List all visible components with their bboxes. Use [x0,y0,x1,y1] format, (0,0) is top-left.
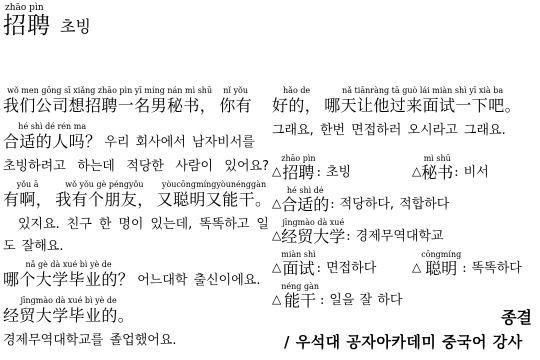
hanzi-text: 又聪明又能干。 [157,189,272,210]
pinyin-annotation: wǒ yǒu gè péngyǒu [65,180,143,189]
vocab-meaning: 면접하다 [326,260,376,279]
hanzi-segment: nǎ tiānràng tā guò lái miàn shì yī xià b… [324,86,521,116]
hanzi-text: 哪天让他过来面试一下吧。 [324,95,521,116]
triangle-marker-icon: △ [412,162,421,183]
vocab-term-pinyin: mì shū [424,154,451,163]
hanzi-text: 经贸大学毕业的。 [3,305,134,326]
vocabulary-list: △zhāo pìn招聘:초빙△mì shū秘书:비서△hé shì dé合适的:… [272,154,538,311]
vocab-term-hanzi: 合适的 [281,195,329,215]
vocab-term-pinyin: hé shì dé [287,186,324,195]
pinyin-annotation: nǎ gè dà xué bì yè de [26,260,112,269]
vocab-term-block: hé shì dé合适的 [281,186,329,215]
hanzi-text: 哪个大学毕业的？ [3,269,134,290]
dialogue-line: hé shì dé rén ma合适的人吗？우리 회사에서 남자비서를 [3,122,269,152]
hanzi-text: 我们公司想招聘一名男秘书， [3,95,216,116]
korean-segment: 어느대학 출신이에요. [137,272,260,290]
hanzi-segment: wǒ men gōng sī xiǎng zhāo pìn yī míng ná… [3,86,216,116]
vocab-term-hanzi: 聪明 [425,259,457,279]
hanzi-segment: hǎo de好的， [272,86,321,116]
dialogue-line: 있지요. 친구 한 명이 있는데, 똑똑하고 일 [3,216,269,234]
vocab-entry: △cōngmíng聪明:똑똑하다 [412,250,522,279]
vocab-entry: △zhāo pìn招聘:초빙 [272,154,412,183]
korean-segment: 있지요. 친구 한 명이 있는데, 똑똑하고 일 [18,216,269,234]
pinyin-annotation: hǎo de [283,86,310,95]
korean-text: 그래요, 한번 면접하러 오시라고 그래요. [272,122,506,140]
end-label: 종결 [501,305,532,328]
vocab-row: △miàn shì面试:면접하다△cōngmíng聪明:똑똑하다 [272,250,538,279]
vocab-meaning: 비서 [464,164,489,183]
dialogue-line: 초빙하려고 하는데 적당한 사람이 있어요? [3,158,269,176]
dialogue-line: 그래요, 한번 면접하러 오시라고 그래요. [272,122,538,140]
vocab-entry: △néng gàn能干:일을 잘 하다 [272,282,402,311]
korean-segment: 초빙하려고 하는데 적당한 사람이 있어요? [3,158,269,176]
vocab-term-block: jīngmào dà xué经贸大学 [281,218,345,247]
vocab-entry: △hé shì dé合适的:적당하다, 적합하다 [272,186,449,215]
vocab-term-pinyin: miàn shì [281,250,315,259]
dialogue-line: yǒu ā有啊，wǒ yǒu gè péngyǒu我有个朋友，yòucōngmí… [3,180,269,210]
pinyin-annotation: nǐ yǒu [223,86,248,95]
dialogue-line: wǒ men gōng sī xiǎng zhāo pìn yī míng ná… [3,86,269,116]
vocab-entry: △jīngmào dà xué经贸大学:경제무역대학교 [272,218,444,247]
korean-text: 경제무역대학교를 졸업했어요. [3,332,177,350]
vocab-row: △zhāo pìn招聘:초빙△mì shū秘书:비서 [272,154,538,183]
vocab-meaning: 초빙 [326,164,351,183]
pinyin-annotation: wǒ men gōng sī xiǎng zhāo pìn yī míng ná… [7,86,212,95]
hanzi-text: 好的， [272,95,321,116]
pinyin-annotation: yǒu ā [17,180,39,189]
dialogue-right-column: hǎo de好的，nǎ tiānràng tā guò lái miàn shì… [272,86,538,314]
korean-segment: 우리 회사에서 남자비서를 [104,134,254,152]
korean-text: 어느대학 출신이에요. [137,272,260,290]
vocab-colon: : [461,259,471,279]
pinyin-annotation: yòucōngmíngyòunénggàn [162,180,266,189]
vocab-colon: : [329,195,339,215]
lesson-page: { "title": { "pinyin": "zhāo pìn", "hanz… [0,0,540,360]
hanzi-segment: yòucōngmíngyòunénggàn又聪明又能干。 [157,180,272,210]
vocab-term-pinyin: cōngmíng [421,250,461,259]
dialogue-left-column: wǒ men gōng sī xiǎng zhāo pìn yī míng ná… [3,86,269,354]
triangle-marker-icon: △ [272,226,281,247]
vocab-term-block: mì shū秘书 [421,154,453,183]
korean-segment: 도 잘해요. [3,238,64,256]
vocab-colon: : [316,259,326,279]
vocab-term-hanzi: 能干 [284,291,316,311]
hanzi-text: 有啊， [3,189,52,210]
hanzi-segment: yǒu ā有啊， [3,180,52,210]
dialogue-line: 도 잘해요. [3,238,269,256]
vocab-term-hanzi: 经贸大学 [281,227,345,247]
vocab-term-pinyin: néng gàn [281,282,319,291]
dialogue-line: hǎo de好的，nǎ tiānràng tā guò lái miàn shì… [272,86,538,116]
hanzi-segment: jīngmào dà xué bì yè de经贸大学毕业的。 [3,296,134,326]
credit-line: / 우석대 공자아카데미 중국어 강사 [284,331,523,352]
korean-text: 있지요. 친구 한 명이 있는데, 똑똑하고 일 [18,216,269,234]
korean-text: 우리 회사에서 남자비서를 [104,134,254,152]
hanzi-text: 你有 [219,95,252,116]
hanzi-segment: hé shì dé rén ma合适的人吗？ [3,122,101,152]
hanzi-segment: nǎ gè dà xué bì yè de哪个大学毕业的？ [3,260,134,290]
hanzi-text: 我有个朋友， [55,189,153,210]
dialogue-right-lines: hǎo de好的，nǎ tiānràng tā guò lái miàn shì… [272,86,538,140]
vocab-term-block: néng gàn能干 [281,282,319,311]
vocab-meaning: 경제무역대학교 [356,228,444,247]
title-hanzi-block: zhāo pìn 招聘 [3,3,51,39]
dialogue-line: jīngmào dà xué bì yè de经贸大学毕业的。 [3,296,269,326]
vocab-entry: △mì shū秘书:비서 [412,154,489,183]
korean-segment: 그래요, 한번 면접하러 오시라고 그래요. [272,122,506,140]
dialogue-line: 경제무역대학교를 졸업했어요. [3,332,269,350]
vocab-colon: : [319,291,329,311]
dialogue-line: nǎ gè dà xué bì yè de哪个大学毕业的？어느대학 출신이에요. [3,260,269,290]
korean-text: 도 잘해요. [3,238,64,256]
hanzi-text: 合适的人吗？ [3,131,101,152]
document-title: zhāo pìn 招聘 초빙 [3,3,91,39]
korean-segment: 경제무역대학교를 졸업했어요. [3,332,177,350]
hanzi-segment: nǐ yǒu你有 [219,86,252,116]
vocab-meaning: 똑똑하다 [472,260,522,279]
vocab-term-pinyin: zhāo pìn [281,154,315,163]
pinyin-annotation: hé shì dé rén ma [18,122,86,131]
vocab-row: △hé shì dé合适的:적당하다, 적합하다 [272,186,538,215]
hanzi-segment: wǒ yǒu gè péngyǒu我有个朋友， [55,180,153,210]
pinyin-annotation: nǎ tiānràng tā guò lái miàn shì yī xià b… [342,86,503,95]
vocab-term-block: cōngmíng聪明 [421,250,461,279]
vocab-term-hanzi: 面试 [282,259,314,279]
vocab-entry: △miàn shì面试:면접하다 [272,250,412,279]
vocab-term-hanzi: 秘书 [421,163,453,183]
title-pinyin: zhāo pìn [5,3,44,13]
vocab-row: △jīngmào dà xué经贸大学:경제무역대학교 [272,218,538,247]
title-korean: 초빙 [60,17,91,39]
vocab-colon: : [316,163,326,183]
vocab-term-block: miàn shì面试 [281,250,315,279]
vocab-meaning: 적당하다, 적합하다 [340,196,450,215]
triangle-marker-icon: △ [272,162,281,183]
vocab-colon: : [345,227,355,247]
title-hanzi: 招聘 [3,13,51,39]
pinyin-annotation: jīngmào dà xué bì yè de [20,296,116,305]
triangle-marker-icon: △ [272,258,281,279]
korean-text: 초빙하려고 하는데 적당한 사람이 있어요? [3,158,269,176]
triangle-marker-icon: △ [272,194,281,215]
vocab-colon: : [453,163,463,183]
vocab-term-block: zhāo pìn招聘 [281,154,315,183]
vocab-row: △néng gàn能干:일을 잘 하다 [272,282,538,311]
vocab-term-hanzi: 招聘 [282,163,314,183]
vocab-term-pinyin: jīngmào dà xué [282,218,344,227]
triangle-marker-icon: △ [272,290,281,311]
vocab-meaning: 일을 잘 하다 [329,292,402,311]
triangle-marker-icon: △ [412,258,421,279]
